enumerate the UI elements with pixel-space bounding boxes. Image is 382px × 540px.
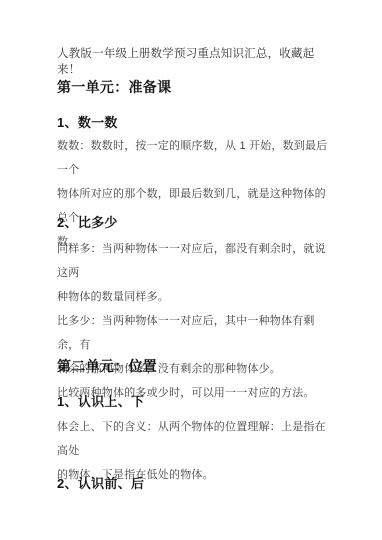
topic-count-body: 数数：数数时，按一定的顺序数，从 1 开始，数到最后一个 物体所对应的那个数，即… [57, 134, 333, 254]
unit-2-heading: 第二单元：位置 [57, 356, 333, 376]
topic-updown-heading: 1、认识上、下 [57, 393, 333, 411]
topic-count-heading: 1、数一数 [57, 114, 333, 132]
topic-frontback-heading: 2、认识前、后 [57, 475, 333, 493]
unit-1-heading: 第一单元：准备课 [57, 77, 333, 97]
topic-compare-body: 同样多：当两种物体一一对应后，都没有剩余时，就说这两 种物体的数量同样多。 比多… [57, 237, 333, 405]
document-title: 人教版一年级上册数学预习重点知识汇总，收藏起来！ [57, 46, 333, 78]
document-page: 人教版一年级上册数学预习重点知识汇总，收藏起来！ 第一单元：准备课 1、数一数 … [0, 0, 382, 540]
topic-compare-heading: 2、比多少 [57, 214, 333, 232]
